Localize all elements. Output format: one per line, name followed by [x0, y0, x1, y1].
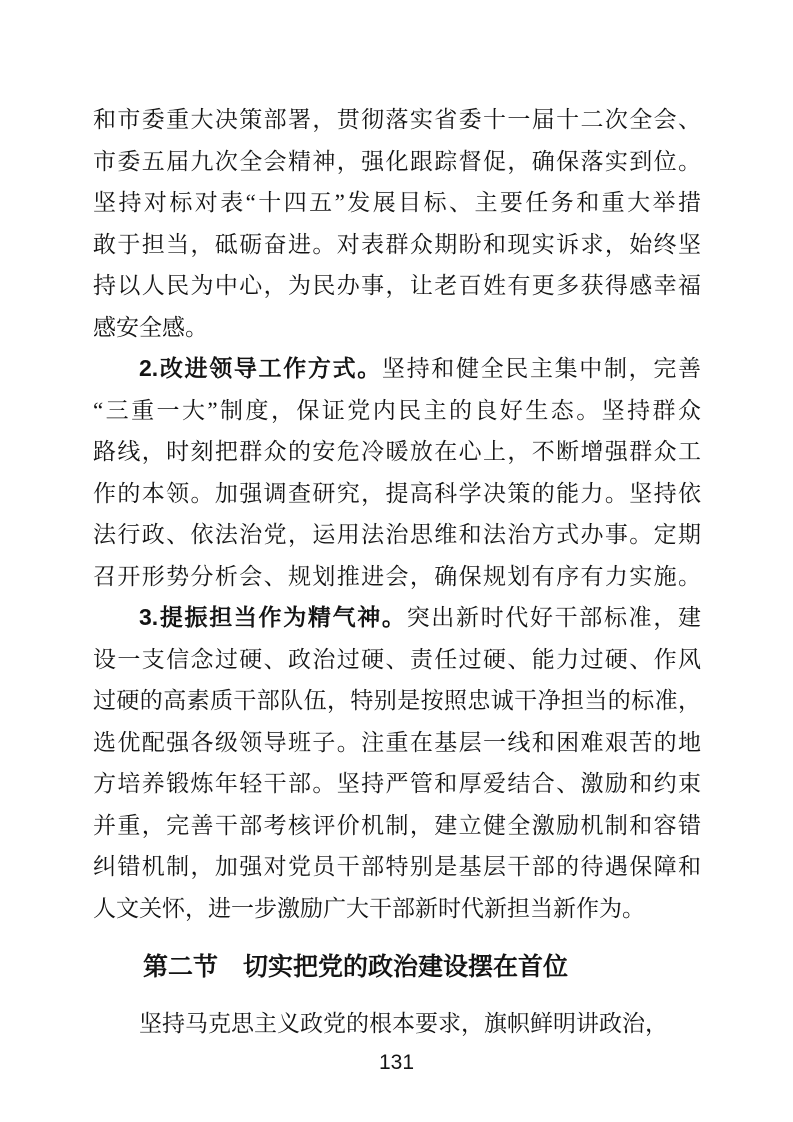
text-line: 纠错机制，加强对党员干部特别是基层干部的待遇保障和 — [93, 846, 701, 888]
text-run: 敢于担当，砥砺奋进。对表群众期盼和现实诉求，始终坚 — [93, 232, 701, 257]
text-run: 并重，完善干部考核评价机制，建立健全激励机制和容错 — [93, 813, 701, 838]
text-run: 纠错机制，加强对党员干部特别是基层干部的待遇保障和 — [93, 854, 701, 879]
text-line: 选优配强各级领导班子。注重在基层一线和困难艰苦的地 — [93, 722, 701, 764]
text-run: 召开形势分析会、规划推进会，确保规划有序有力实施。 — [93, 564, 701, 589]
text-run: 作的本领。加强调查研究，提高科学决策的能力。坚持依 — [93, 481, 701, 506]
text-line: 方培养锻炼年轻干部。坚持严管和厚爱结合、激励和约束 — [93, 763, 701, 805]
text-run: 人文关怀，进一步激励广大干部新时代新担当新作为。 — [93, 896, 645, 921]
page-number: 131 — [0, 1051, 793, 1075]
text-line: 持以人民为中心，为民办事，让老百姓有更多获得感幸福 — [93, 265, 701, 307]
text-line: 并重，完善干部考核评价机制，建立健全激励机制和容错 — [93, 805, 701, 847]
document-page: 和市委重大决策部署，贯彻落实省委十一届十二次全会、市委五届九次全会精神，强化跟踪… — [0, 0, 793, 1122]
text-line: 敢于担当，砥砺奋进。对表群众期盼和现实诉求，始终坚 — [93, 224, 701, 266]
paragraph: 坚持马克思主义政党的根本要求，旗帜鲜明讲政治， — [93, 1003, 701, 1045]
paragraph: 和市委重大决策部署，贯彻落实省委十一届十二次全会、市委五届九次全会精神，强化跟踪… — [93, 99, 701, 348]
body-text: 和市委重大决策部署，贯彻落实省委十一届十二次全会、市委五届九次全会精神，强化跟踪… — [93, 99, 701, 1045]
text-run: 法行政、依法治党，运用法治思维和法治方式办事。定期 — [93, 522, 701, 547]
text-line: 路线，时刻把群众的安危冷暖放在心上，不断增强群众工 — [93, 431, 701, 473]
paragraph: 3.提振担当作为精气神。突出新时代好干部标准，建设一支信念过硬、政治过硬、责任过… — [93, 597, 701, 929]
text-line: 过硬的高素质干部队伍，特别是按照忠诚干净担当的标准， — [93, 680, 701, 722]
text-run: 感安全感。 — [93, 315, 208, 340]
text-line: “三重一大”制度，保证党内民主的良好生态。坚持群众 — [93, 390, 701, 432]
text-line: 召开形势分析会、规划推进会，确保规划有序有力实施。 — [93, 556, 701, 598]
text-line: 坚持马克思主义政党的根本要求，旗帜鲜明讲政治， — [93, 1003, 701, 1045]
text-run: 持以人民为中心，为民办事，让老百姓有更多获得感幸福 — [93, 273, 701, 298]
text-line: 法行政、依法治党，运用法治思维和法治方式办事。定期 — [93, 514, 701, 556]
text-run: 路线，时刻把群众的安危冷暖放在心上，不断增强群众工 — [93, 439, 701, 464]
text-line: 坚持对标对表“十四五”发展目标、主要任务和重大举措 — [93, 182, 701, 224]
bold-run-in-label: 3.提振担当作为精气神。 — [139, 604, 407, 630]
text-run: 方培养锻炼年轻干部。坚持严管和厚爱结合、激励和约束 — [93, 771, 701, 796]
text-run: “三重一大”制度，保证党内民主的良好生态。坚持群众 — [93, 398, 701, 423]
text-line: 3.提振担当作为精气神。突出新时代好干部标准，建 — [93, 597, 701, 639]
text-run: 突出新时代好干部标准，建 — [407, 605, 701, 630]
text-line: 感安全感。 — [93, 307, 701, 349]
text-run: 选优配强各级领导班子。注重在基层一线和困难艰苦的地 — [93, 730, 701, 755]
section-heading: 第二节 切实把党的政治建设摆在首位 — [93, 946, 701, 988]
text-run: 和市委重大决策部署，贯彻落实省委十一届十二次全会、 — [93, 107, 701, 132]
text-run: 坚持马克思主义政党的根本要求，旗帜鲜明讲政治， — [139, 1011, 668, 1036]
text-line: 2.改进领导工作方式。坚持和健全民主集中制，完善 — [93, 348, 701, 390]
text-line: 人文关怀，进一步激励广大干部新时代新担当新作为。 — [93, 888, 701, 930]
text-run: 坚持和健全民主集中制，完善 — [382, 356, 701, 381]
text-run: 坚持对标对表“十四五”发展目标、主要任务和重大举措 — [93, 190, 701, 215]
text-line: 市委五届九次全会精神，强化跟踪督促，确保落实到位。 — [93, 141, 701, 183]
text-run: 过硬的高素质干部队伍，特别是按照忠诚干净担当的标准， — [93, 688, 701, 713]
text-line: 设一支信念过硬、政治过硬、责任过硬、能力过硬、作风 — [93, 639, 701, 681]
text-run: 设一支信念过硬、政治过硬、责任过硬、能力过硬、作风 — [93, 647, 701, 672]
text-line: 作的本领。加强调查研究，提高科学决策的能力。坚持依 — [93, 473, 701, 515]
paragraph: 2.改进领导工作方式。坚持和健全民主集中制，完善“三重一大”制度，保证党内民主的… — [93, 348, 701, 597]
bold-run-in-label: 2.改进领导工作方式。 — [139, 355, 382, 381]
text-run: 市委五届九次全会精神，强化跟踪督促，确保落实到位。 — [93, 149, 701, 174]
text-line: 和市委重大决策部署，贯彻落实省委十一届十二次全会、 — [93, 99, 701, 141]
